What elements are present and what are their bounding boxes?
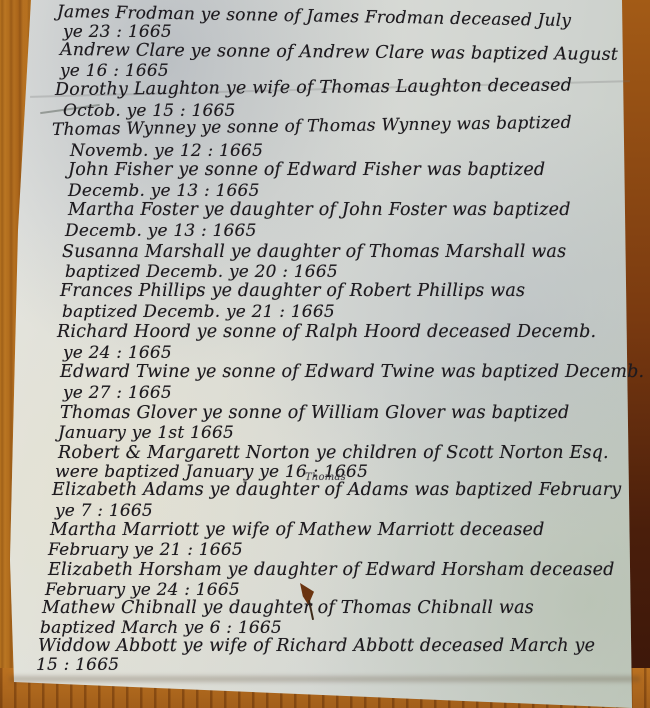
interlinear-insertion: Thomas <box>305 472 346 483</box>
register-line: Martha Foster ye daughter of John Foster… <box>68 200 571 220</box>
register-line: ye 24 : 1665 <box>63 343 172 363</box>
register-line: Decemb. ye 13 : 1665 <box>68 181 260 201</box>
register-line: ye 16 : 1665 <box>60 61 169 81</box>
register-line: ye 27 : 1665 <box>63 383 172 403</box>
register-line: February ye 21 : 1665 <box>48 540 243 560</box>
register-line: ye 23 : 1665 <box>63 22 172 42</box>
register-line: Edward Twine ye sonne of Edward Twine wa… <box>60 362 644 382</box>
register-line: Robert & Margarett Norton ye children of… <box>58 443 609 463</box>
register-line: baptized Decemb. ye 20 : 1665 <box>65 262 338 282</box>
register-line: Martha Marriott ye wife of Mathew Marrio… <box>50 520 545 540</box>
register-line: John Fisher ye sonne of Edward Fisher wa… <box>68 160 545 180</box>
register-line: baptized March ye 6 : 1665 <box>40 618 282 638</box>
register-entries: James Frodman ye sonne of James Frodman … <box>0 0 650 708</box>
register-line: Elizabeth Horsham ye daughter of Edward … <box>48 560 615 580</box>
register-line: February ye 24 : 1665 <box>45 580 240 600</box>
register-line: Thomas Glover ye sonne of William Glover… <box>60 403 569 423</box>
register-line: baptized Decemb. ye 21 : 1665 <box>62 302 335 322</box>
register-line: ye 7 : 1665 <box>55 501 153 521</box>
register-line: Elizabeth Adams ye daughter of Adams was… <box>52 480 621 500</box>
register-line: Dorothy Laughton ye wife of Thomas Laugh… <box>55 75 572 100</box>
register-line: Novemb. ye 12 : 1665 <box>70 141 263 161</box>
register-line: 15 : 1665 <box>36 655 119 675</box>
register-line: January ye 1st 1665 <box>58 423 234 443</box>
register-line: Decemb. ye 13 : 1665 <box>65 221 257 241</box>
register-line: Widdow Abbott ye wife of Richard Abbott … <box>38 636 595 656</box>
register-line: Susanna Marshall ye daughter of Thomas M… <box>62 242 566 262</box>
register-line: Mathew Chibnall ye daughter of Thomas Ch… <box>42 598 534 618</box>
register-line: Frances Phillips ye daughter of Robert P… <box>60 281 525 301</box>
register-line: Richard Hoord ye sonne of Ralph Hoord de… <box>57 322 596 342</box>
